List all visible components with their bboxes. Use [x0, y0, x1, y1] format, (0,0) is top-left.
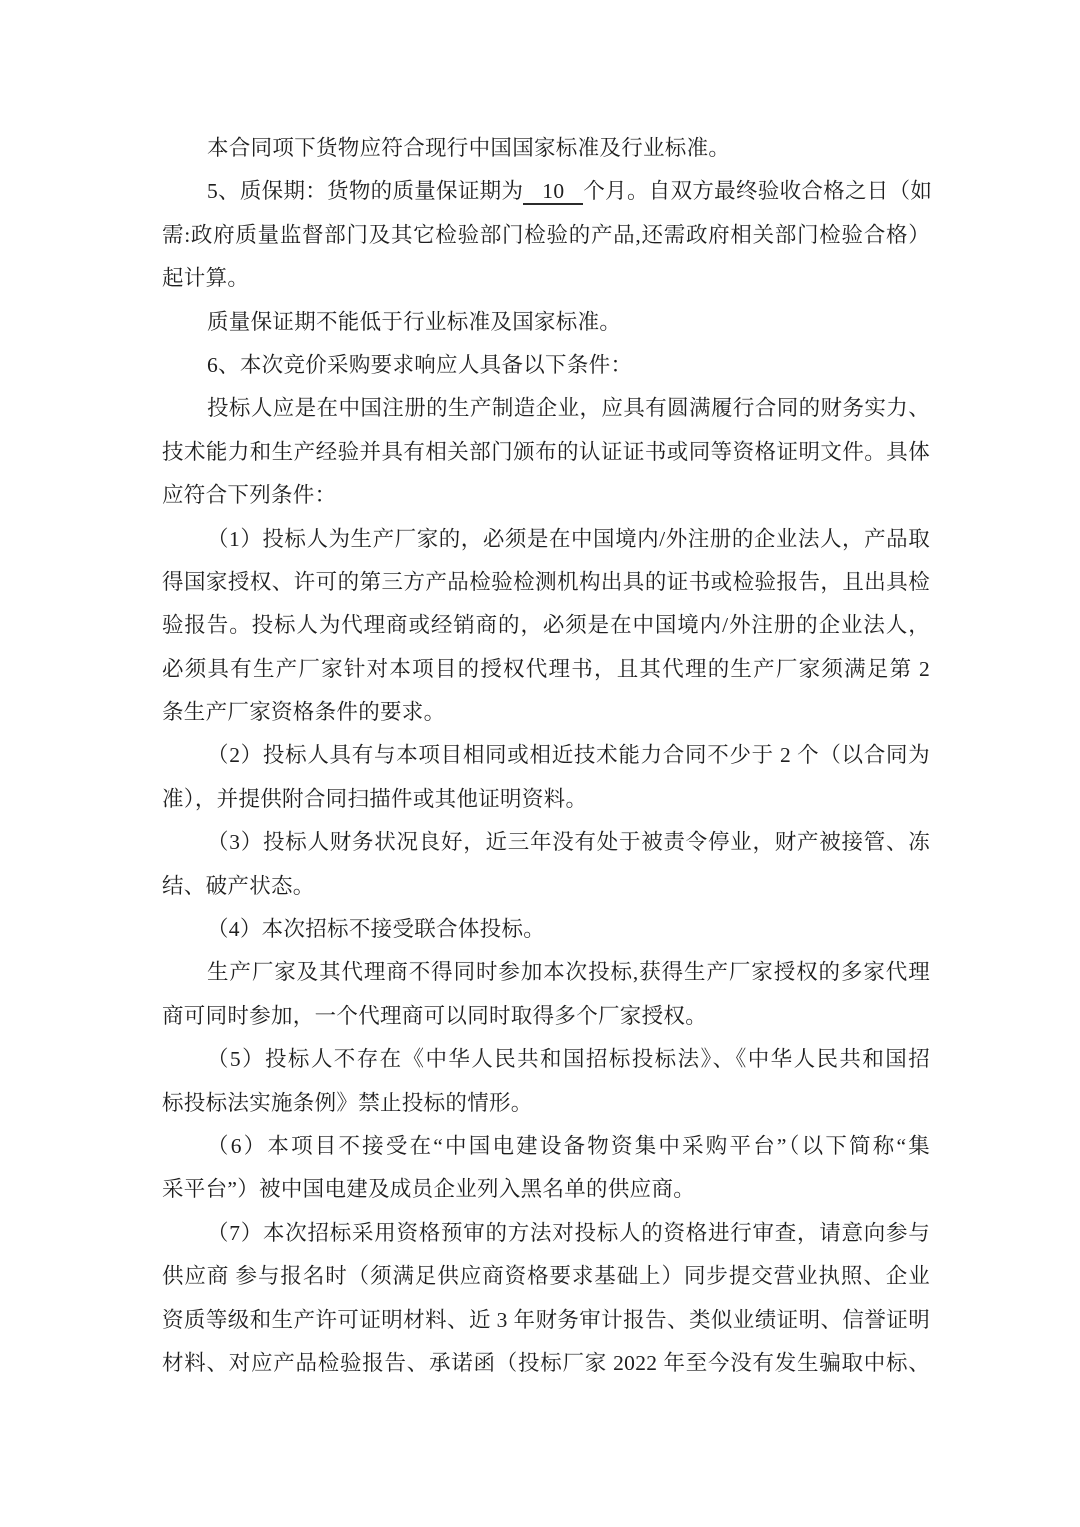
doc-line: 生产厂家及其代理商不得同时参加本次投标,获得生产厂家授权的多家代理: [162, 951, 930, 994]
doc-line: 供应商 参与报名时（须满足供应商资格要求基础上）同步提交营业执照、企业: [162, 1255, 930, 1298]
warranty-text-before: 5、质保期：货物的质量保证期为: [207, 179, 523, 203]
doc-line: 技术能力和生产经验并具有相关部门颁布的认证证书或同等资格证明文件。具体: [162, 431, 930, 474]
doc-line-item-4: （4）本次招标不接受联合体投标。: [162, 908, 930, 951]
doc-line: 准），并提供附合同扫描件或其他证明资料。: [162, 778, 930, 821]
doc-line-item-2: （2）投标人具有与本项目相同或相近技术能力合同不少于 2 个（以合同为: [162, 734, 930, 777]
doc-line: 应符合下列条件：: [162, 474, 930, 517]
doc-line-item-1: （1）投标人为生产厂家的，必须是在中国境内/外注册的企业法人，产品取: [162, 518, 930, 561]
doc-line-item-3: （3）投标人财务状况良好，近三年没有处于被责令停业，财产被接管、冻: [162, 821, 930, 864]
doc-line: 商可同时参加，一个代理商可以同时取得多个厂家授权。: [162, 995, 930, 1038]
doc-line-item-6: （6）本项目不接受在“中国电建设备物资集中采购平台”（以下简称“集: [162, 1125, 930, 1168]
warranty-text-after: 个月。自双方最终验收合格之日（如: [583, 179, 932, 203]
doc-line: 需:政府质量监督部门及其它检验部门检验的产品,还需政府相关部门检验合格）: [162, 214, 930, 257]
doc-line: 起计算。: [162, 257, 930, 300]
doc-line-clause-6-heading: 6、本次竞价采购要求响应人具备以下条件：: [162, 344, 930, 387]
warranty-blank-value: 10: [523, 179, 583, 205]
doc-line: 投标人应是在中国注册的生产制造企业，应具有圆满履行合同的财务实力、: [162, 387, 930, 430]
doc-line-standards: 本合同项下货物应符合现行中国国家标准及行业标准。: [162, 127, 930, 170]
doc-line-warranty-minimum: 质量保证期不能低于行业标准及国家标准。: [162, 301, 930, 344]
doc-line: 得国家授权、许可的第三方产品检验检测机构出具的证书或检验报告，且出具检: [162, 561, 930, 604]
doc-line: 必须具有生产厂家针对本项目的授权代理书，且其代理的生产厂家须满足第 2: [162, 648, 930, 691]
document-page: 本合同项下货物应符合现行中国国家标准及行业标准。 5、质保期：货物的质量保证期为…: [0, 0, 1080, 1527]
doc-line: 材料、对应产品检验报告、承诺函（投标厂家 2022 年至今没有发生骗取中标、: [162, 1342, 930, 1385]
doc-line: 采平台”）被中国电建及成员企业列入黑名单的供应商。: [162, 1168, 930, 1211]
doc-line: 验报告。投标人为代理商或经销商的，必须是在中国境内/外注册的企业法人，: [162, 604, 930, 647]
warranty-period-line: 5、质保期：货物的质量保证期为10个月。自双方最终验收合格之日（如: [162, 170, 930, 213]
doc-line: 资质等级和生产许可证明材料、近 3 年财务审计报告、类似业绩证明、信誉证明: [162, 1299, 930, 1342]
doc-line: 条生产厂家资格条件的要求。: [162, 691, 930, 734]
contract-text-block: 本合同项下货物应符合现行中国国家标准及行业标准。 5、质保期：货物的质量保证期为…: [162, 127, 930, 1385]
doc-line-item-5: （5）投标人不存在《中华人民共和国招标投标法》、《中华人民共和国招: [162, 1038, 930, 1081]
doc-line: 结、破产状态。: [162, 865, 930, 908]
doc-line: 标投标法实施条例》禁止投标的情形。: [162, 1082, 930, 1125]
doc-line-item-7: （7）本次招标采用资格预审的方法对投标人的资格进行审查，请意向参与: [162, 1212, 930, 1255]
